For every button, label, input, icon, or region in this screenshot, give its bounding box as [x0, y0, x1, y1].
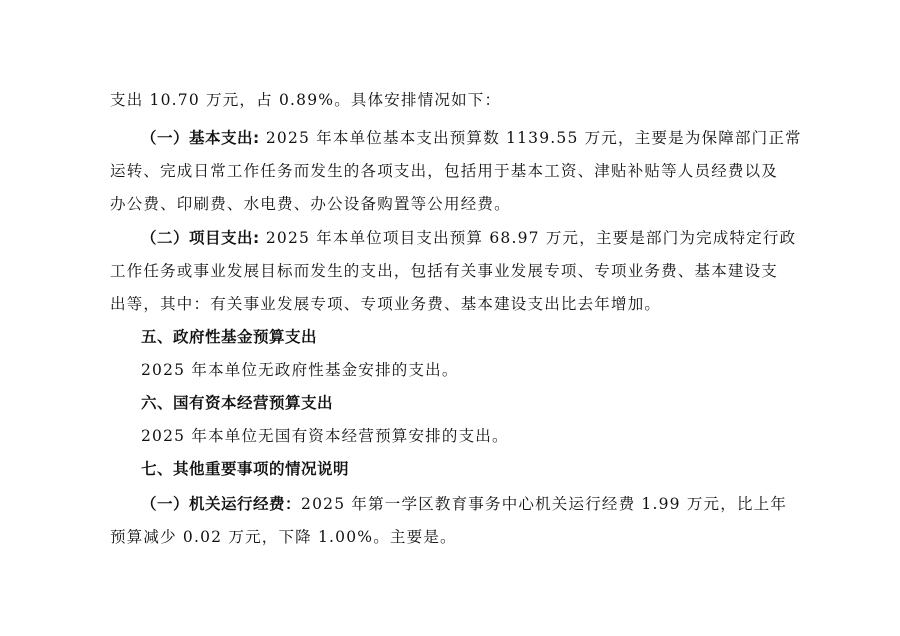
- heading-government-fund: 五、政府性基金预算支出: [141, 327, 831, 347]
- section-label: （一）基本支出:: [141, 129, 260, 147]
- document-page: 支出 10.70 万元，占 0.89%。具体安排情况如下： （一）基本支出: 2…: [0, 0, 900, 636]
- paragraph-line: 运转、完成日常工作任务而发生的各项支出，包括用于基本工资、津贴补贴等人员经费以及: [110, 161, 800, 181]
- section-label: （一）机关运行经费：: [141, 495, 301, 513]
- section-basic-expenditure: （一）基本支出: 2025 年本单位基本支出预算数 1139.55 万元，主要是…: [141, 128, 831, 148]
- section-label: （二）项目支出:: [141, 229, 260, 247]
- section-text: 2025 年第一学区教育事务中心机关运行经费 1.99 万元，比上年: [301, 495, 787, 513]
- section-operating-cost: （一）机关运行经费：2025 年第一学区教育事务中心机关运行经费 1.99 万元…: [141, 494, 831, 514]
- section-text: 2025 年本单位基本支出预算数 1139.55 万元，主要是为保障部门正常: [260, 129, 802, 147]
- heading-other-matters: 七、其他重要事项的情况说明: [141, 459, 831, 479]
- paragraph-line: 2025 年本单位无政府性基金安排的支出。: [141, 360, 831, 380]
- section-project-expenditure: （二）项目支出: 2025 年本单位项目支出预算 68.97 万元，主要是部门为…: [141, 228, 831, 248]
- heading-state-capital: 六、国有资本经营预算支出: [141, 393, 831, 413]
- paragraph-line: 预算减少 0.02 万元，下降 1.00%。主要是。: [110, 527, 800, 547]
- section-text: 2025 年本单位项目支出预算 68.97 万元，主要是部门为完成特定行政: [260, 229, 797, 247]
- paragraph-line: 2025 年本单位无国有资本经营预算安排的支出。: [141, 426, 831, 446]
- paragraph-line: 支出 10.70 万元，占 0.89%。具体安排情况如下：: [110, 90, 800, 110]
- paragraph-line: 工作任务或事业发展目标而发生的支出，包括有关事业发展专项、专项业务费、基本建设支: [110, 261, 800, 281]
- paragraph-line: 出等，其中：有关事业发展专项、专项业务费、基本建设支出比去年增加。: [110, 294, 800, 314]
- paragraph-line: 办公费、印刷费、水电费、办公设备购置等公用经费。: [110, 194, 800, 214]
